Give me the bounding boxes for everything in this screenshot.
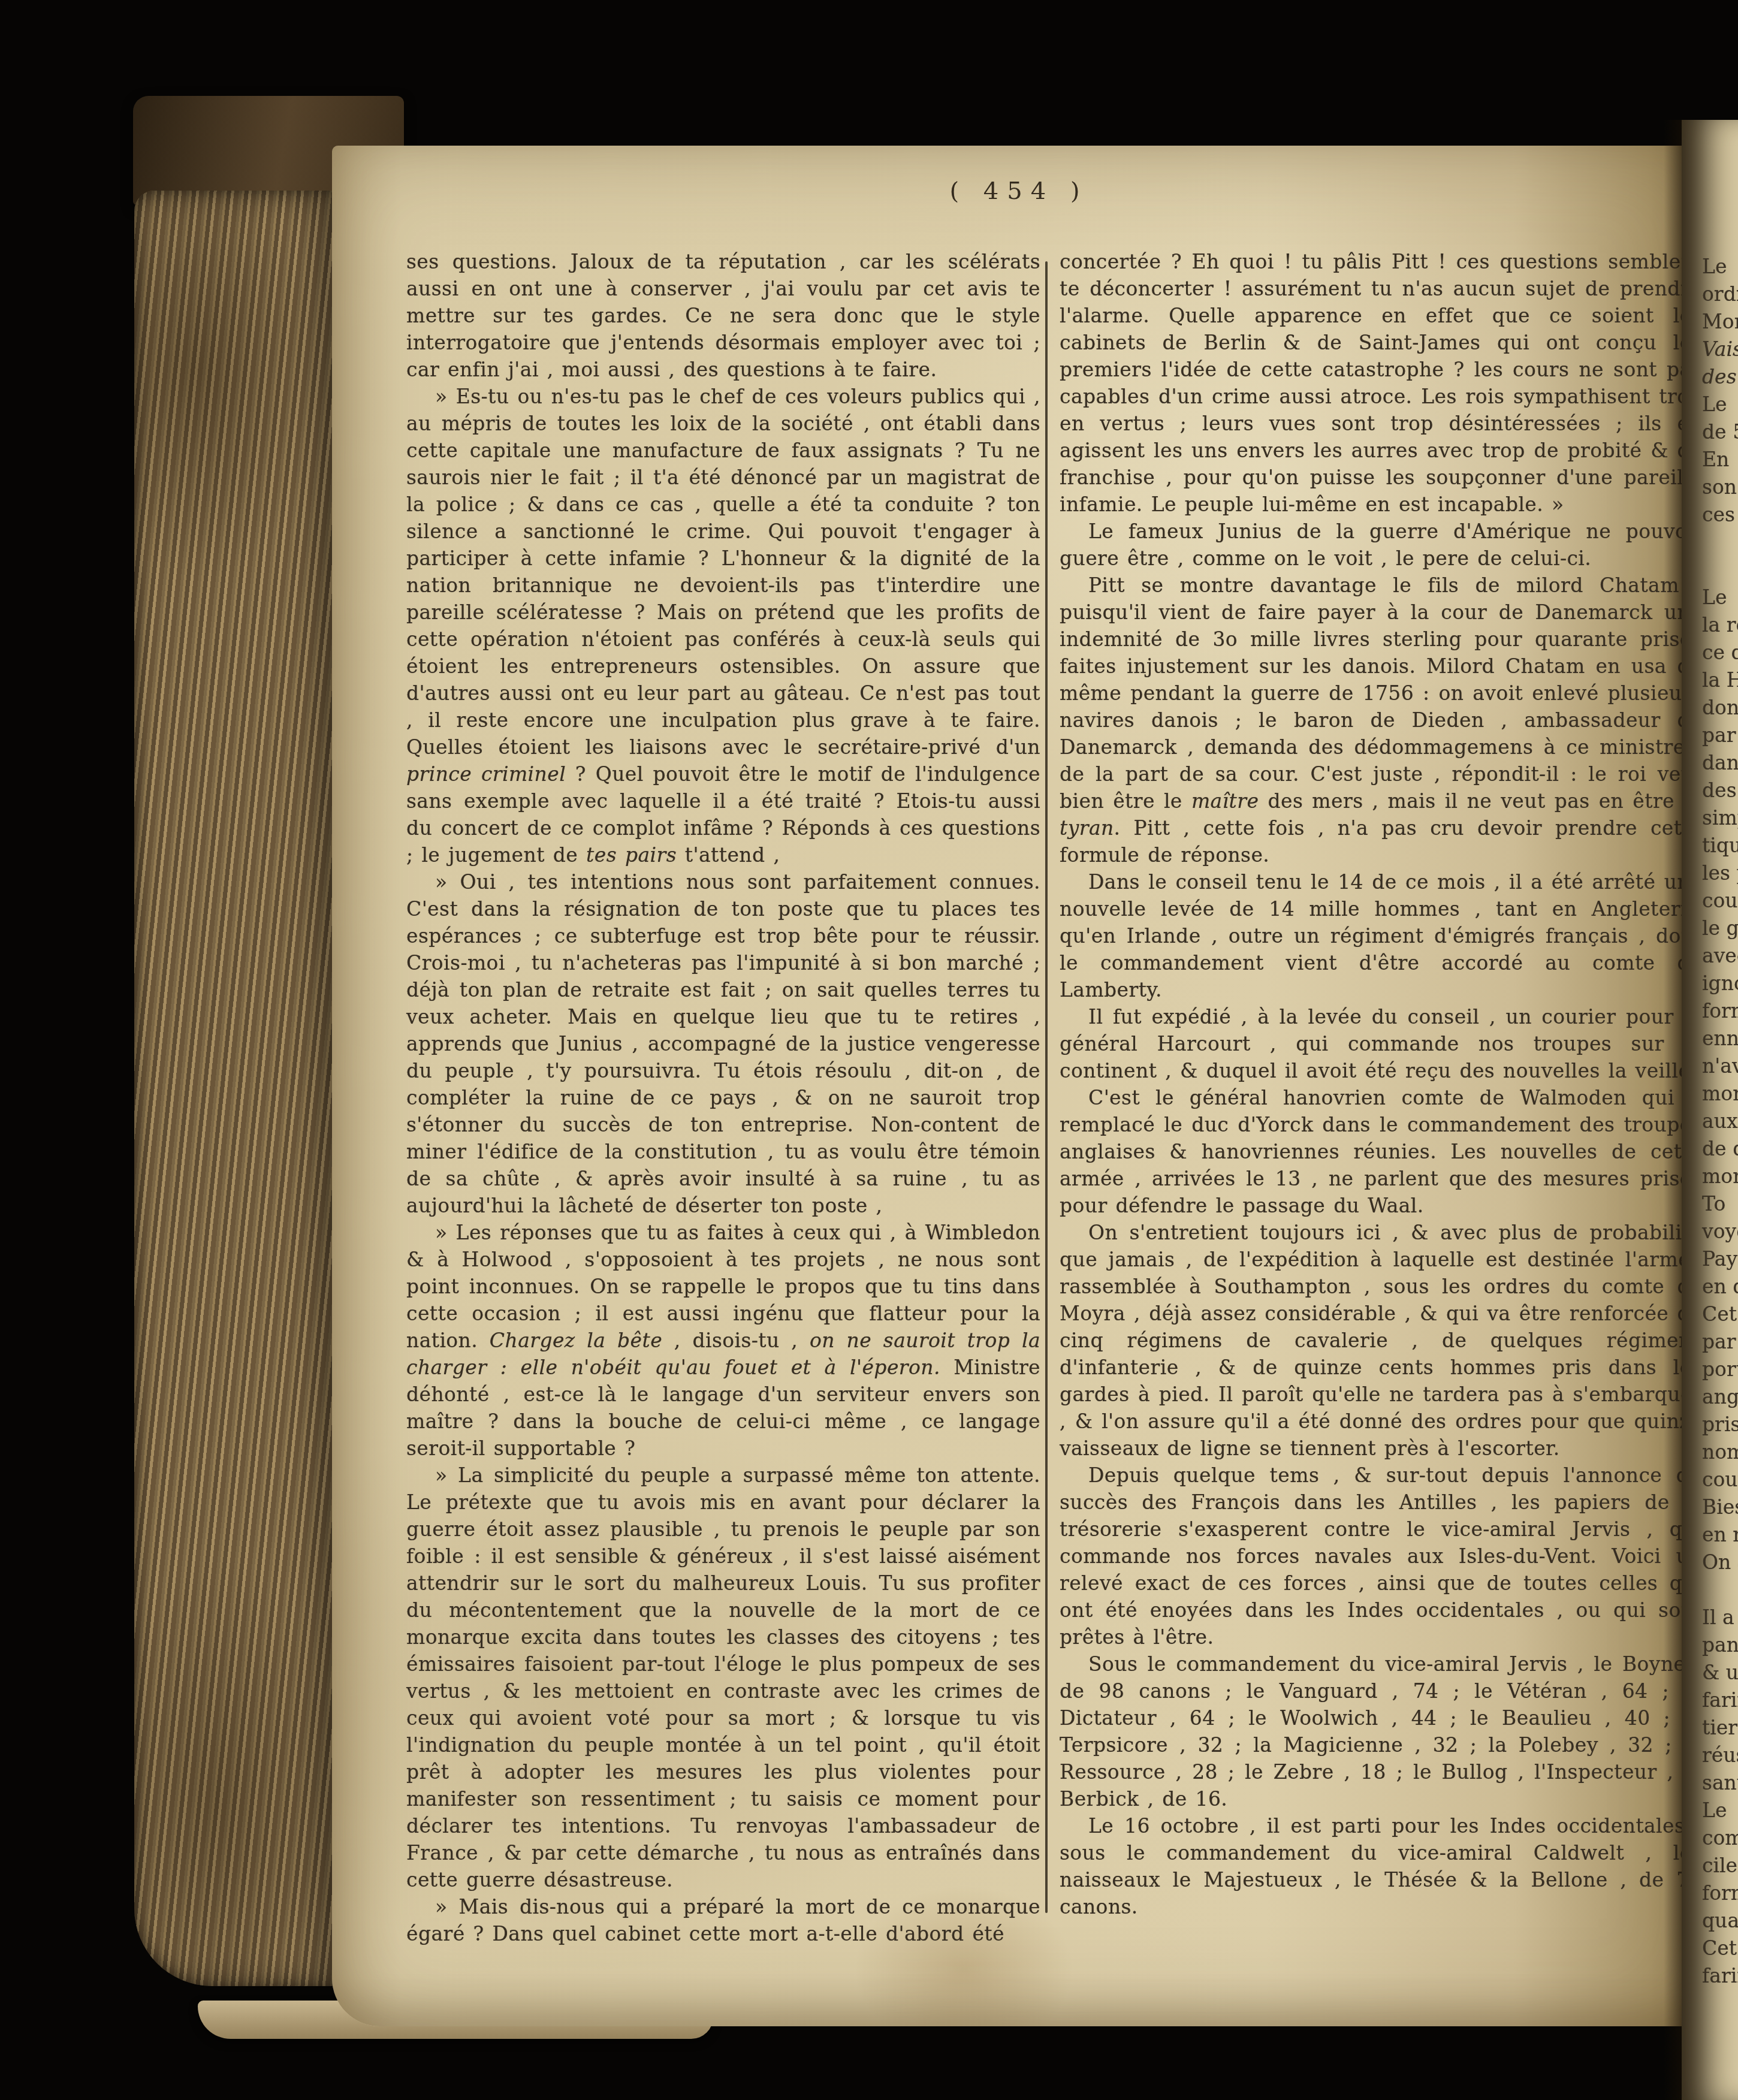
paragraph: Il fut expédié , à la levée du conseil ,… bbox=[1060, 1003, 1702, 1084]
fragment-line: mome bbox=[1702, 1163, 1738, 1190]
fragment-line: la Ho bbox=[1702, 666, 1738, 694]
fragment-line: des co bbox=[1702, 777, 1738, 804]
fragment-line: de dé bbox=[1702, 1135, 1738, 1163]
fragment-line: Monta bbox=[1702, 308, 1738, 336]
paragraph: » Les réponses que tu as faites à ceux q… bbox=[406, 1219, 1040, 1462]
fragment-line: nomb bbox=[1702, 1438, 1738, 1466]
paragraph: Dans le conseil tenu le 14 de ce mois , … bbox=[1060, 868, 1702, 1003]
book-fore-edge-pages bbox=[134, 191, 343, 1986]
fragment-line: son p bbox=[1702, 473, 1738, 501]
fragment-line: comm bbox=[1702, 1824, 1738, 1852]
fragment-line: Le bbox=[1702, 1797, 1738, 1824]
fragment-line: tiques bbox=[1702, 832, 1738, 859]
fragment-line: forme bbox=[1702, 1879, 1738, 1907]
fragment-line: En bbox=[1702, 446, 1738, 473]
fragment-line: avec l bbox=[1702, 942, 1738, 970]
fragment-line: Le bbox=[1702, 584, 1738, 611]
next-page-fragments: LeordresMontaVaissedesLede 5oEnson pces … bbox=[1702, 253, 1738, 1990]
next-page-sliver: LeordresMontaVaissedesLede 5oEnson pces … bbox=[1682, 120, 1738, 2100]
fragment-line: Pays- bbox=[1702, 1245, 1738, 1273]
fragment-line: panifi bbox=[1702, 1631, 1738, 1659]
fragment-line bbox=[1702, 529, 1738, 556]
fragment-line: quant bbox=[1702, 1907, 1738, 1935]
paragraph: C'est le général hanovrien comte de Walm… bbox=[1060, 1084, 1702, 1219]
fragment-line: aux p bbox=[1702, 1108, 1738, 1135]
fragment-line: n'avoi bbox=[1702, 1052, 1738, 1080]
paragraph: On s'entretient toujours ici , & avec pl… bbox=[1060, 1219, 1702, 1462]
paragraph: Depuis quelque tems , & sur-tout depuis … bbox=[1060, 1462, 1702, 1651]
fragment-line: dans l bbox=[1702, 749, 1738, 777]
fragment-line: réussi bbox=[1702, 1742, 1738, 1769]
column-divider-rule bbox=[1045, 261, 1048, 1913]
left-column: ses questions. Jaloux de ta réputation ,… bbox=[406, 248, 1040, 1947]
fragment-line: par ell bbox=[1702, 722, 1738, 749]
fragment-line bbox=[1702, 556, 1738, 584]
fragment-line: Il a bbox=[1702, 1604, 1738, 1631]
fragment-line: Le bbox=[1702, 391, 1738, 418]
fragment-line: forme bbox=[1702, 997, 1738, 1025]
fragment-line: ces pa bbox=[1702, 501, 1738, 529]
right-column: concertée ? Eh quoi ! tu pâlis Pitt ! ce… bbox=[1060, 248, 1702, 1920]
fragment-line: pris q bbox=[1702, 1411, 1738, 1438]
fragment-line: par u bbox=[1702, 1328, 1738, 1356]
fragment-line: farine bbox=[1702, 1962, 1738, 1990]
fragment-line: des bbox=[1702, 363, 1738, 391]
paragraph: Le fameux Junius de la guerre d'Amérique… bbox=[1060, 518, 1702, 572]
paragraph: Le 16 octobre , il est parti pour les In… bbox=[1060, 1812, 1702, 1920]
fragment-line: farine bbox=[1702, 1686, 1738, 1714]
fragment-line: mome bbox=[1702, 1080, 1738, 1108]
fragment-line: ignor bbox=[1702, 970, 1738, 997]
fragment-line: Cet bbox=[1702, 1301, 1738, 1328]
fragment-line: court bbox=[1702, 887, 1738, 915]
fragment-line: de 5o bbox=[1702, 418, 1738, 446]
paragraph: concertée ? Eh quoi ! tu pâlis Pitt ! ce… bbox=[1060, 248, 1702, 518]
fragment-line: anglai bbox=[1702, 1383, 1738, 1411]
paragraph: » La simplicité du peuple a surpassé mêm… bbox=[406, 1462, 1040, 1893]
paragraph: » Es-tu ou n'es-tu pas le chef de ces vo… bbox=[406, 383, 1040, 868]
fragment-line: Biesb bbox=[1702, 1493, 1738, 1521]
fragment-line: la ren bbox=[1702, 611, 1738, 639]
fragment-line: les pr bbox=[1702, 859, 1738, 887]
fragment-line: & un bbox=[1702, 1659, 1738, 1686]
fragment-line: ce qu' bbox=[1702, 639, 1738, 666]
book-scan-photo: { "page": { "number": "( 454 )" }, "left… bbox=[0, 0, 1738, 2100]
fragment-line: en m bbox=[1702, 1521, 1738, 1549]
paragraph: Sous le commandement du vice-amiral Jerv… bbox=[1060, 1651, 1702, 1812]
paragraph: ses questions. Jaloux de ta réputation ,… bbox=[406, 248, 1040, 383]
page-number: ( 454 ) bbox=[332, 177, 1706, 205]
fragment-line: Vaisse bbox=[1702, 336, 1738, 363]
paragraph: Pitt se montre davantage le fils de milo… bbox=[1060, 572, 1702, 868]
paragraph: » Oui , tes intentions nous sont parfait… bbox=[406, 868, 1040, 1219]
fragment-line bbox=[1702, 1576, 1738, 1604]
fragment-line: tiers bbox=[1702, 1714, 1738, 1742]
fragment-line: en da bbox=[1702, 1273, 1738, 1301]
scan-background: ( 454 ) ses questions. Jaloux de ta répu… bbox=[0, 0, 1738, 2100]
paragraph: » Mais dis-nous qui a préparé la mort de… bbox=[406, 1893, 1040, 1947]
fragment-line: donc bbox=[1702, 694, 1738, 722]
fragment-line: cilem bbox=[1702, 1852, 1738, 1879]
fragment-line: On a bbox=[1702, 1549, 1738, 1576]
fragment-line: sant , bbox=[1702, 1769, 1738, 1797]
fragment-line: porté bbox=[1702, 1356, 1738, 1383]
fragment-line: ordres bbox=[1702, 280, 1738, 308]
fragment-line: le gou bbox=[1702, 915, 1738, 942]
fragment-line: voyé bbox=[1702, 1218, 1738, 1245]
fragment-line: coup bbox=[1702, 1466, 1738, 1493]
fragment-line: Cet bbox=[1702, 1935, 1738, 1962]
fragment-line: simple bbox=[1702, 804, 1738, 832]
fragment-line: Le bbox=[1702, 253, 1738, 280]
fragment-line: enne bbox=[1702, 1025, 1738, 1052]
fragment-line: To bbox=[1702, 1190, 1738, 1218]
